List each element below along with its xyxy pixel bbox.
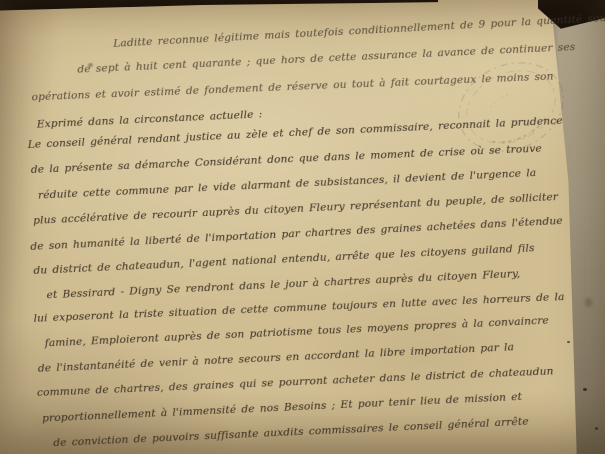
paper-smudge [585,298,592,307]
manuscript-line-3: opérations et avoir estimé de fondement … [31,70,553,103]
manuscript-text: Laditte reconnue légitime mais toutefois… [20,0,599,454]
ink-speck [567,341,570,343]
manuscript-line-4: Exprimé dans la circonstance actuelle : [36,108,262,130]
ink-speck [595,427,598,430]
ink-speck [583,388,587,391]
ink-blot [88,63,93,67]
manuscript-photo: Laditte reconnue légitime mais toutefois… [0,0,605,454]
